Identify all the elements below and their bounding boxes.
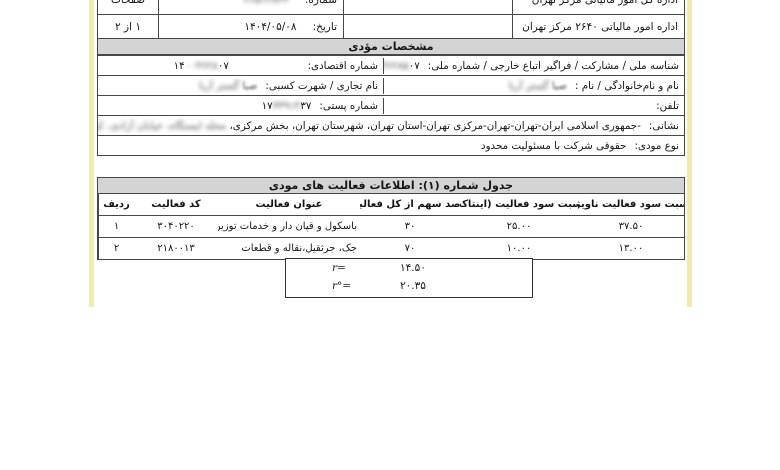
letterhead-spacer-cell-2 [344, 15, 513, 38]
cell-activity-title: باسکول و قپان دار و خدمات توزین [218, 216, 360, 237]
letterhead-spacer-cell [344, 0, 513, 14]
rate-r-label: r= [332, 262, 362, 274]
letterhead-table: اداره کل امور مالیاتی مرکز تهران شماره: … [97, 0, 685, 39]
national-id-redacted: ۰۰۳۶۲۸۵ [384, 60, 409, 72]
taxpayer-info-box: مشخصات مؤدی شناسه ملی / مشارکت / فراگیر … [97, 38, 685, 156]
page-of-value: ۱ از ۲ [98, 15, 159, 38]
activities-table-title: جدول شماره (۱): اطلاعات فعالیت های مودی [98, 178, 684, 194]
taxpayer-row-address: نشانی: -جمهوری اسلامی ایران-تهران-تهران-… [98, 115, 684, 135]
taxpayer-row-contact: تلفن: شماره پستی: ۱۷۳۳۹۱۴۳۷ [98, 95, 684, 115]
phone-label: تلفن: [656, 100, 679, 112]
trade-name-label: نام تجاری / شهرت کسبی: [265, 80, 378, 92]
activity-table-row: ۱ ۳۰۴۰۲۲۰ باسکول و قپان دار و خدمات توزی… [98, 215, 684, 237]
cell-activity-code: ۳۰۴۰۲۲۰ [134, 216, 218, 237]
header-intacode-ratio: نسبت سود فعالیت (اینتاکد) [460, 194, 578, 215]
full-name-value: صبا [552, 80, 567, 92]
taxpayer-row-type: نوع مودی: حقوقی شرکت با مسئولیت محدود [98, 135, 684, 155]
tax-office-general-name: اداره کل امور مالیاتی مرکز تهران [513, 0, 684, 14]
rate-r2-value: ۲۰.۳۵ [400, 280, 426, 292]
postal-code-value: ۱۷۳۳۹۱۴۳۷ [262, 100, 312, 112]
address-label: نشانی: [649, 120, 679, 132]
activities-header-row: ردیف کد فعالیت عنوان فعالیت درصد سهم از … [98, 194, 684, 215]
full-name-redacted: گستر آریا [509, 80, 549, 92]
phone-cell: تلفن: [384, 98, 684, 114]
letter-date-cell: تاریخ: ۱۴۰۴/۰۵/۰۸ [159, 15, 344, 38]
rate-r-value: ۱۴.۵۰ [400, 262, 426, 274]
left-margin-stripe [89, 0, 94, 307]
taxpayer-type-value: حقوقی شرکت با مسئولیت محدود [481, 140, 626, 152]
right-margin-stripe [687, 0, 692, 307]
header-row-number: ردیف [98, 194, 134, 215]
header-activity-code: کد فعالیت [134, 194, 218, 215]
trade-name-redacted: گستر آریا [199, 80, 239, 92]
taxpayer-type-label: نوع مودی: [634, 140, 679, 152]
cell-share-percent: ۷۰ [360, 238, 460, 259]
activities-table-box: جدول شماره (۱): اطلاعات فعالیت های مودی … [97, 177, 685, 260]
document-page: اداره کل امور مالیاتی مرکز تهران شماره: … [97, 0, 685, 470]
rate-r2-label: r°= [332, 280, 362, 292]
cell-row-number: ۱ [98, 216, 134, 237]
cell-share-percent: ۳۰ [360, 216, 460, 237]
economic-number-value: ۱۴۰۰۳۶۲۸۰۷ [174, 60, 229, 72]
address-redacted: محله ایستگاه، خیابان آزادی، کوچه شهید، پ… [98, 120, 226, 132]
economic-number-label: شماره اقتصادی: [308, 60, 378, 72]
taxpayer-type-cell: نوع مودی: حقوقی شرکت با مسئولیت محدود [98, 138, 684, 154]
profit-rates-box: r= ۱۴.۵۰ r°= ۲۰.۳۵ [285, 258, 533, 298]
cell-activity-title: جک، جرثقیل،نقاله و قطعات [218, 238, 360, 259]
taxpayer-row-names: نام و نام‌خانوادگی / نام : صبا گستر آریا… [98, 75, 684, 95]
cell-activity-code: ۲۱۸۰۰۱۳ [134, 238, 218, 259]
national-id-cell: شناسه ملی / مشارکت / فراگیر اتباع خارجی … [384, 58, 684, 74]
postal-code-label: شماره پستی: [319, 100, 378, 112]
full-name-cell: نام و نام‌خانوادگی / نام : صبا گستر آریا [384, 78, 684, 94]
economic-number-redacted: ۰۰۳۶۲۸ [185, 60, 218, 72]
economic-number-cell: شماره اقتصادی: ۱۴۰۰۳۶۲۸۰۷ [98, 58, 384, 74]
tax-office-name: اداره امور مالیاتی ۲۶۴۰ مرکز تهران [513, 15, 684, 38]
letterhead-row-top: اداره کل امور مالیاتی مرکز تهران شماره: … [98, 0, 684, 14]
cell-intacode-ratio: ۱۰.۰۰ [460, 238, 578, 259]
activity-table-row: ۲ ۲۱۸۰۰۱۳ جک، جرثقیل،نقاله و قطعات ۷۰ ۱۰… [98, 237, 684, 259]
taxpayer-section-title: مشخصات مؤدی [98, 39, 684, 55]
letter-date-label: تاریخ: [313, 21, 337, 33]
national-id-label: شناسه ملی / مشارکت / فراگیر اتباع خارجی … [428, 60, 679, 72]
trade-name-value: صبا [242, 80, 257, 92]
letter-number-cell: شماره: ۲۶۵۱۲۸۴۳ [159, 0, 344, 14]
postal-code-redacted: ۳۳۹۱۴ [273, 100, 301, 112]
letter-number-redacted: ۲۶۵۱۲۸۴۳ [244, 0, 289, 6]
header-activity-title: عنوان فعالیت [218, 194, 360, 215]
taxpayer-row-ids: شناسه ملی / مشارکت / فراگیر اتباع خارجی … [98, 55, 684, 75]
full-name-label: نام و نام‌خانوادگی / نام : [575, 80, 679, 92]
address-cell: نشانی: -جمهوری اسلامی ایران-تهران-تهران-… [98, 118, 684, 134]
rate-line-r: r= ۱۴.۵۰ [286, 259, 532, 277]
header-share-percent: درصد سهم از کل فعالیت [360, 194, 460, 215]
header-gross-ratio: نسبت سود فعالیت ناویژه [578, 194, 684, 215]
trade-name-cell: نام تجاری / شهرت کسبی: صبا گستر آریا [98, 78, 384, 94]
rate-line-r2: r°= ۲۰.۳۵ [286, 277, 532, 295]
letter-number-label: شماره: [305, 0, 337, 6]
letterhead-row-bottom: اداره امور مالیاتی ۲۶۴۰ مرکز تهران تاریخ… [98, 14, 684, 38]
cell-gross-ratio: ۱۳.۰۰ [578, 238, 684, 259]
postal-code-cell: شماره پستی: ۱۷۳۳۹۱۴۳۷ [98, 98, 384, 114]
letter-date-value: ۱۴۰۴/۰۵/۰۸ [244, 21, 296, 33]
pages-header-label: صفحات [98, 0, 159, 14]
national-id-value: ۱۴۰۰۳۶۲۸۵۰۷ [384, 60, 420, 72]
scanned-tax-document: اداره کل امور مالیاتی مرکز تهران شماره: … [0, 0, 780, 470]
cell-row-number: ۲ [98, 238, 134, 259]
cell-intacode-ratio: ۲۵.۰۰ [460, 216, 578, 237]
address-value: -جمهوری اسلامی ایران-تهران-تهران-مرکزی ت… [229, 120, 640, 132]
cell-gross-ratio: ۳۷.۵۰ [578, 216, 684, 237]
